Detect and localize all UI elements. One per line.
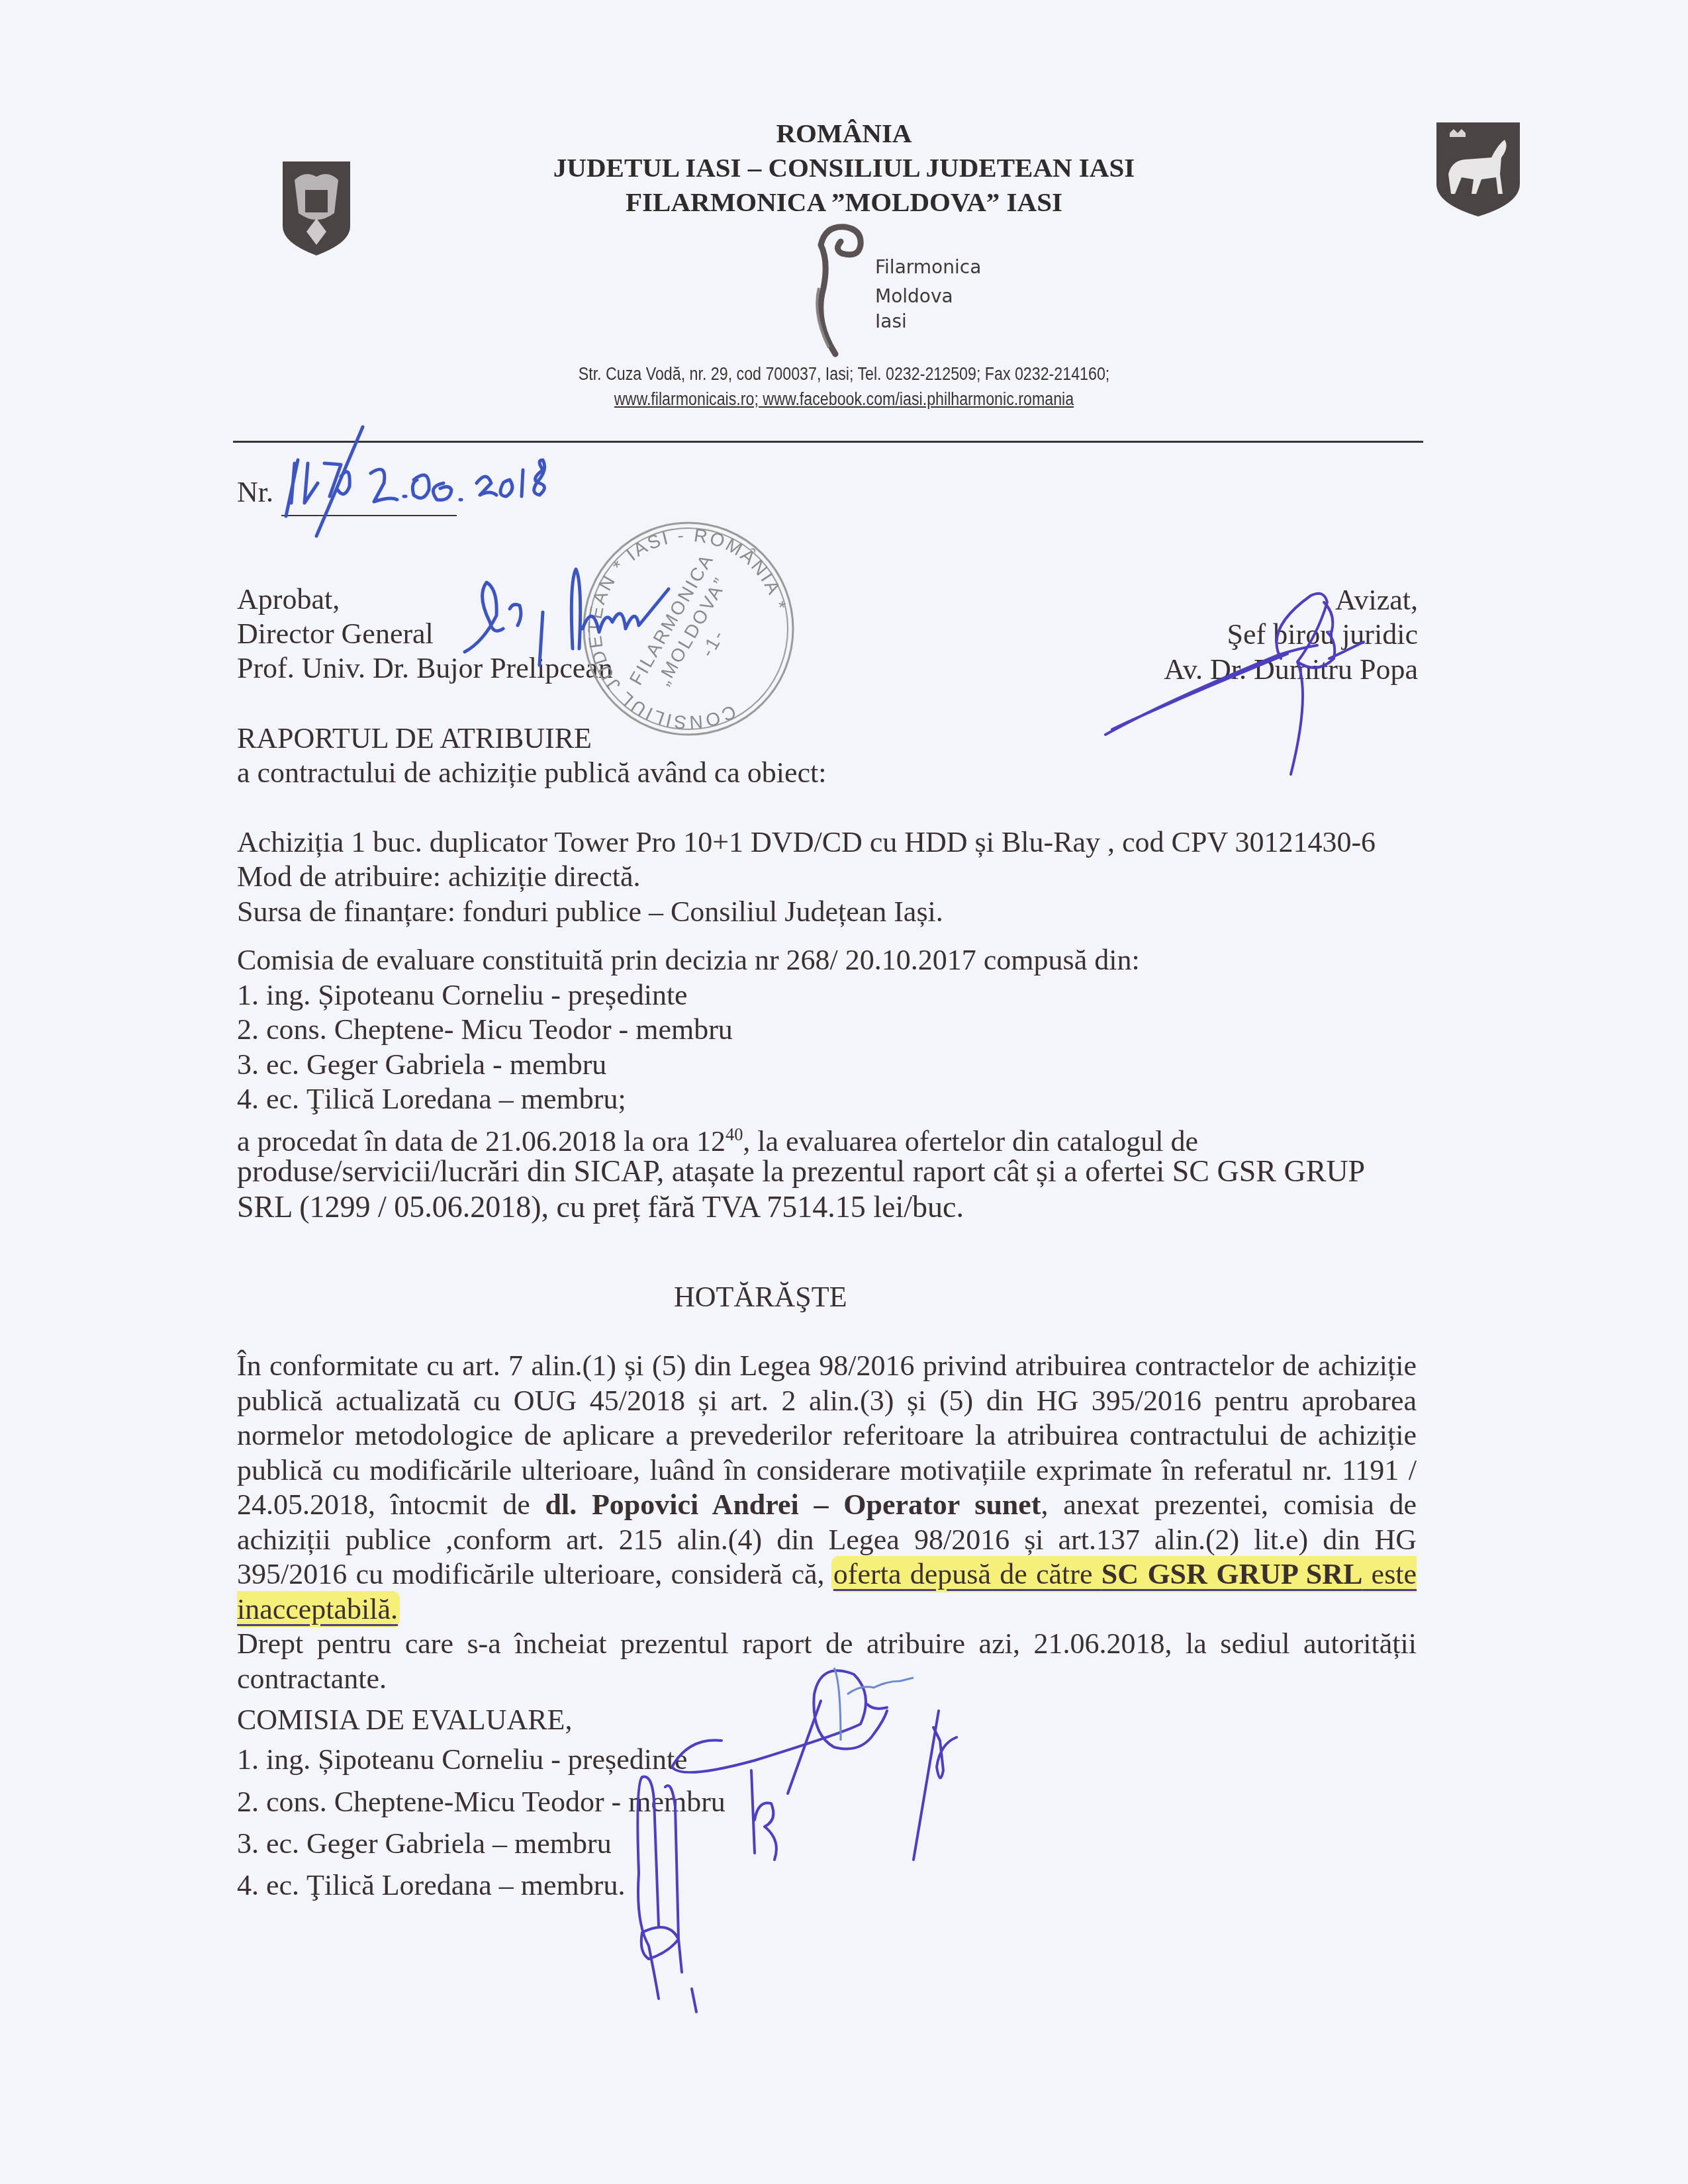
procedure-text: a procedat în data de 21.06.2018 la ora …: [237, 1125, 726, 1158]
director-signature: [457, 543, 675, 668]
signatures-title: COMISIA DE EVALUARE,: [237, 1703, 572, 1737]
procedure-line-2: produse/servicii/lucrări din SICAP, ataș…: [237, 1154, 1365, 1189]
logo-line-3: Iasi: [875, 310, 907, 333]
commission-member-1: 1. ing. Șipoteanu Corneliu - președinte: [237, 978, 688, 1013]
logo-line-2: Moldova: [875, 285, 953, 308]
bidder-name: SC GSR GRUP SRL: [1102, 1558, 1362, 1590]
signature-member-4: 4. ec. Ţilică Loredana – membru.: [237, 1868, 625, 1903]
commission-member-2: 2. cons. Cheptene- Micu Teodor - membru: [237, 1013, 733, 1047]
filarmonica-logo: Filarmonica Moldova Iasi: [809, 222, 981, 357]
handwritten-registration-number: [278, 424, 622, 543]
logo-line-1: Filarmonica: [875, 256, 981, 279]
approval-left-line-1: Aprobat,: [237, 582, 340, 617]
referral-author: dl. Popovici Andrei – Operator sunet: [545, 1488, 1041, 1521]
procedure-line-1: a procedat în data de 21.06.2018 la ora …: [237, 1117, 1198, 1159]
header-address: Str. Cuza Vodă, nr. 29, cod 700037, Iasi…: [502, 364, 1186, 385]
legal-advisor-signature: [1099, 576, 1443, 788]
iasi-county-coat-of-arms-icon: [1435, 121, 1521, 218]
report-subtitle: a contractului de achiziție publică avân…: [237, 756, 827, 790]
romania-coat-of-arms-icon: [281, 160, 352, 257]
commission-signatures: [622, 1641, 1099, 2065]
procedure-line-3: SRL (1299 / 05.06.2018), cu preț fără TV…: [237, 1189, 964, 1225]
report-method: Mod de atribuire: achiziție directă.: [237, 860, 641, 894]
commission-member-3: 3. ec. Geger Gabriela - membru: [237, 1048, 606, 1082]
header-institution: FILARMONICA ”MOLDOVA” IASI: [447, 185, 1241, 218]
decision-title: HOTĂRĂŞTE: [674, 1280, 847, 1314]
header-country: ROMÂNIA: [447, 116, 1241, 150]
signature-member-3: 3. ec. Geger Gabriela – membru: [237, 1827, 612, 1861]
report-title: RAPORTUL DE ATRIBUIRE: [237, 721, 592, 756]
procedure-time-minutes: 40: [726, 1124, 743, 1144]
commission-member-4: 4. ec. Ţilică Loredana – membru;: [237, 1082, 626, 1116]
report-object: Achiziția 1 buc. duplicator Tower Pro 10…: [237, 825, 1376, 860]
header-county: JUDETUL IASI – CONSILIUL JUDETEAN IASI: [447, 151, 1241, 184]
report-funding: Sursa de finanțare: fonduri publice – Co…: [237, 895, 943, 929]
verdict-text: oferta depusă de către: [833, 1558, 1102, 1590]
header-links[interactable]: www.filarmonicais.ro; www.facebook.com/i…: [502, 389, 1186, 410]
approval-left-line-2: Director General: [237, 617, 434, 651]
commission-intro: Comisia de evaluare constituită prin dec…: [237, 943, 1140, 978]
registration-label: Nr.: [237, 475, 273, 510]
signature-member-1: 1. ing. Șipoteanu Corneliu - președinte: [237, 1743, 688, 1777]
scroll-icon: [809, 222, 868, 357]
procedure-text-cont: , la evaluarea ofertelor din catalogul d…: [743, 1125, 1198, 1158]
